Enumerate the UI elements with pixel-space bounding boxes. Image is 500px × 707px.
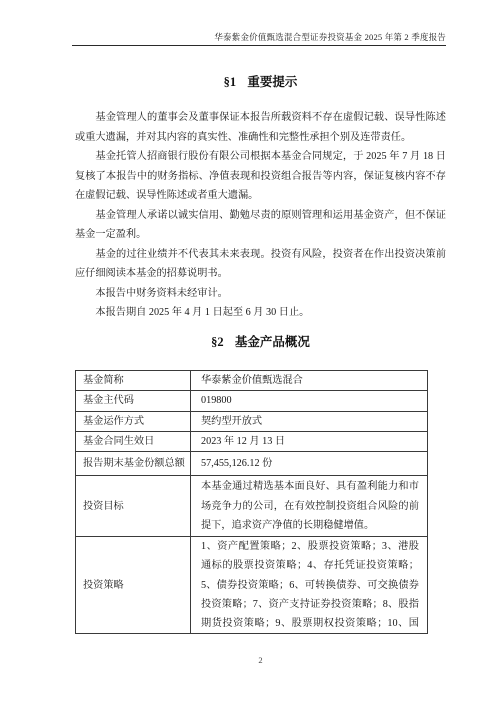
section1-number: §1 — [224, 75, 237, 89]
paragraph-unaudited: 本报告中财务资料未经审计。 — [75, 284, 446, 304]
section2-heading: §2基金产品概况 — [75, 336, 446, 349]
field-value: 019800 — [191, 391, 428, 411]
field-label: 投资目标 — [76, 476, 191, 537]
header-title: 华泰紫金价值甄选混合型证券投资基金 2025 年第 2 季度报告 — [214, 32, 446, 42]
section1-title: 重要提示 — [247, 75, 297, 89]
table-row-investment-objective: 投资目标 本基金通过精选基本面良好、具有盈利能力和市场竞争力的公司，在有效控制投… — [76, 476, 428, 537]
paragraph-risk-notice: 基金的过往业绩并不代表其未来表现。投资有风险，投资者在作出投资决策前应仔细阅读本… — [75, 245, 446, 284]
section1-body: 基金管理人的董事会及董事保证本报告所载资料不存在虚假记载、误导性陈述或重大遗漏，… — [75, 108, 446, 323]
page-header: 华泰紫金价值甄选混合型证券投资基金 2025 年第 2 季度报告 — [72, 32, 446, 46]
field-label: 报告期末基金份额总额 — [76, 452, 191, 476]
table-row-fund-name: 基金简称 华泰紫金价值甄选混合 — [76, 371, 428, 391]
section2-number: §2 — [211, 335, 224, 349]
table-row-investment-strategy: 投资策略 1、资产配置策略；2、股票投资策略；3、港股通标的股票投资策略；4、存… — [76, 537, 428, 634]
field-value: 华泰紫金价值甄选混合 — [191, 371, 428, 391]
fund-overview-table: 基金简称 华泰紫金价值甄选混合 基金主代码 019800 基金运作方式 契约型开… — [75, 370, 428, 634]
table-row-fund-code: 基金主代码 019800 — [76, 391, 428, 411]
paragraph-report-period: 本报告期自 2025 年 4 月 1 日起至 6 月 30 日止。 — [75, 303, 446, 323]
strategy-text: 1、资产配置策略；2、股票投资策略；3、港股通标的股票投资策略；4、存托凭证投资… — [201, 537, 419, 633]
field-label: 投资策略 — [76, 537, 191, 634]
page-number: 2 — [75, 655, 446, 666]
paragraph-manager-board: 基金管理人的董事会及董事保证本报告所载资料不存在虚假记载、误导性陈述或重大遗漏，… — [75, 108, 446, 147]
field-value: 1、资产配置策略；2、股票投资策略；3、港股通标的股票投资策略；4、存托凭证投资… — [191, 537, 428, 634]
section1-heading: §1重要提示 — [75, 76, 446, 89]
field-value: 57,455,126.12 份 — [191, 452, 428, 476]
table-row-contract-effective-date: 基金合同生效日 2023 年 12 月 13 日 — [76, 431, 428, 451]
field-label: 基金简称 — [76, 371, 191, 391]
field-label: 基金主代码 — [76, 391, 191, 411]
document-page: 华泰紫金价值甄选混合型证券投资基金 2025 年第 2 季度报告 §1重要提示 … — [0, 0, 500, 707]
field-value: 契约型开放式 — [191, 411, 428, 431]
field-value: 2023 年 12 月 13 日 — [191, 431, 428, 451]
paragraph-custodian-review: 基金托管人招商银行股份有限公司根据本基金合同规定，于 2025 年 7 月 18… — [75, 147, 446, 206]
field-label: 基金合同生效日 — [76, 431, 191, 451]
table-row-total-shares: 报告期末基金份额总额 57,455,126.12 份 — [76, 452, 428, 476]
table-row-operation-mode: 基金运作方式 契约型开放式 — [76, 411, 428, 431]
field-label: 基金运作方式 — [76, 411, 191, 431]
field-value: 本基金通过精选基本面良好、具有盈利能力和市场竞争力的公司，在有效控制投资组合风险… — [191, 476, 428, 537]
section2-title: 基金产品概况 — [235, 335, 310, 349]
paragraph-manager-promise: 基金管理人承诺以诚实信用、勤勉尽责的原则管理和运用基金资产，但不保证基金一定盈利… — [75, 206, 446, 245]
